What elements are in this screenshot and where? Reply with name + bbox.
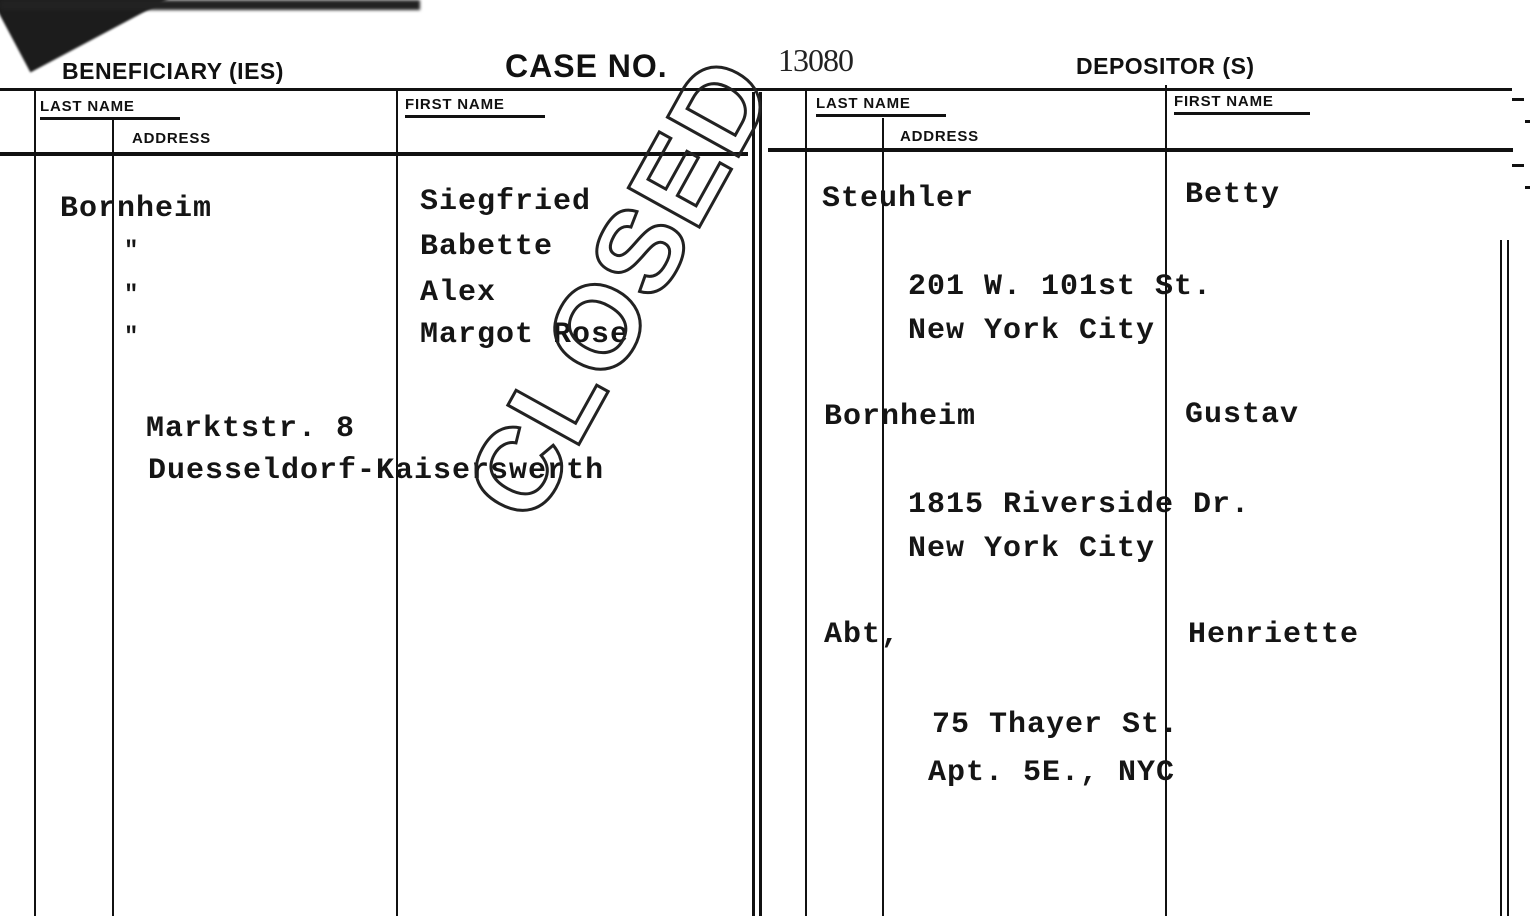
- beneficiary-first-name: Siegfried: [420, 185, 591, 219]
- depositor-address-line1: 201 W. 101st St.: [908, 270, 1212, 304]
- beneficiary-address-label: ADDRESS: [132, 130, 211, 147]
- rule-right-edge-a: [1500, 240, 1502, 916]
- beneficiary-address-line1: Marktstr. 8: [146, 412, 355, 446]
- depositor-last-name: Abt,: [824, 618, 900, 652]
- rule-depositor-margin: [805, 88, 807, 916]
- depositor-address-line1: 75 Thayer St.: [932, 708, 1179, 742]
- ditto-mark: ": [124, 282, 138, 309]
- rule-right-edge-b: [1507, 240, 1509, 916]
- rule-center-divider-b: [759, 92, 762, 916]
- case-label: CASE NO.: [505, 48, 668, 85]
- beneficiary-first-name: Babette: [420, 230, 553, 264]
- beneficiary-first-name-label: FIRST NAME: [405, 96, 545, 118]
- rule-center-divider-a: [752, 92, 755, 916]
- ditto-mark: ": [124, 238, 138, 265]
- rule-left-margin: [34, 88, 36, 916]
- depositor-last-name-label: LAST NAME: [816, 95, 946, 117]
- case-number: 13080: [778, 42, 853, 79]
- depositor-last-name: Bornheim: [824, 400, 976, 434]
- depositor-first-name: Henriette: [1188, 618, 1359, 652]
- edge-tick: [1525, 186, 1530, 189]
- depositor-address-line2: Apt. 5E., NYC: [928, 756, 1175, 790]
- depositor-title: DEPOSITOR (S): [1076, 53, 1255, 80]
- ditto-mark: ": [124, 324, 138, 351]
- depositor-address-line2: New York City: [908, 532, 1155, 566]
- depositor-first-name: Betty: [1185, 178, 1280, 212]
- beneficiary-first-name: Alex: [420, 276, 496, 310]
- depositor-address-line1: 1815 Riverside Dr.: [908, 488, 1250, 522]
- depositor-address-line2: New York City: [908, 314, 1155, 348]
- beneficiary-last-name: Bornheim: [60, 192, 212, 226]
- edge-tick: [1525, 120, 1530, 123]
- rule-address-indent-left: [112, 120, 114, 916]
- edge-tick: [1512, 98, 1524, 101]
- card-top-edge-shadow: [0, 0, 420, 10]
- depositor-last-name: Steuhler: [822, 182, 974, 216]
- depositor-first-name: Gustav: [1185, 398, 1299, 432]
- rule-address-indent-right: [882, 118, 884, 916]
- header-bottom-rule-right: [768, 148, 1513, 152]
- rule-first-name-left: [396, 88, 398, 916]
- edge-tick: [1512, 164, 1524, 167]
- depositor-address-label: ADDRESS: [900, 128, 979, 145]
- beneficiary-title: BENEFICIARY (IES): [62, 58, 284, 85]
- beneficiary-last-name-label: LAST NAME: [40, 98, 180, 120]
- depositor-first-name-label: FIRST NAME: [1174, 93, 1310, 115]
